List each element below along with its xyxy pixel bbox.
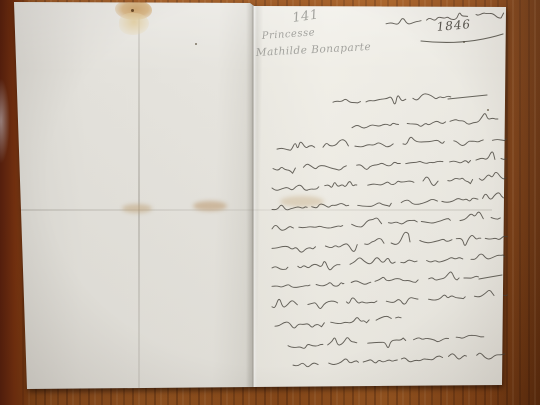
paper-speck (0, 0, 2, 2)
fold-smudge-2 (193, 201, 227, 211)
paper-speck (195, 43, 197, 45)
fold-crease-center (246, 2, 260, 387)
fold-crease-left-page (138, 2, 140, 389)
letter-sheet-wrap (0, 0, 540, 405)
fold-crease-horizontal (20, 209, 492, 211)
letter-sheet (0, 0, 540, 405)
tan-stain-top-light (119, 13, 149, 35)
paper-speck (463, 41, 465, 43)
paper-speck (487, 109, 489, 111)
stain-dark-speck (131, 9, 134, 12)
fold-smudge-3 (280, 196, 324, 207)
photo-of-letter: 141PrincesseMathilde Bonaparte1846 (0, 0, 540, 405)
fold-smudge-1 (122, 204, 152, 213)
